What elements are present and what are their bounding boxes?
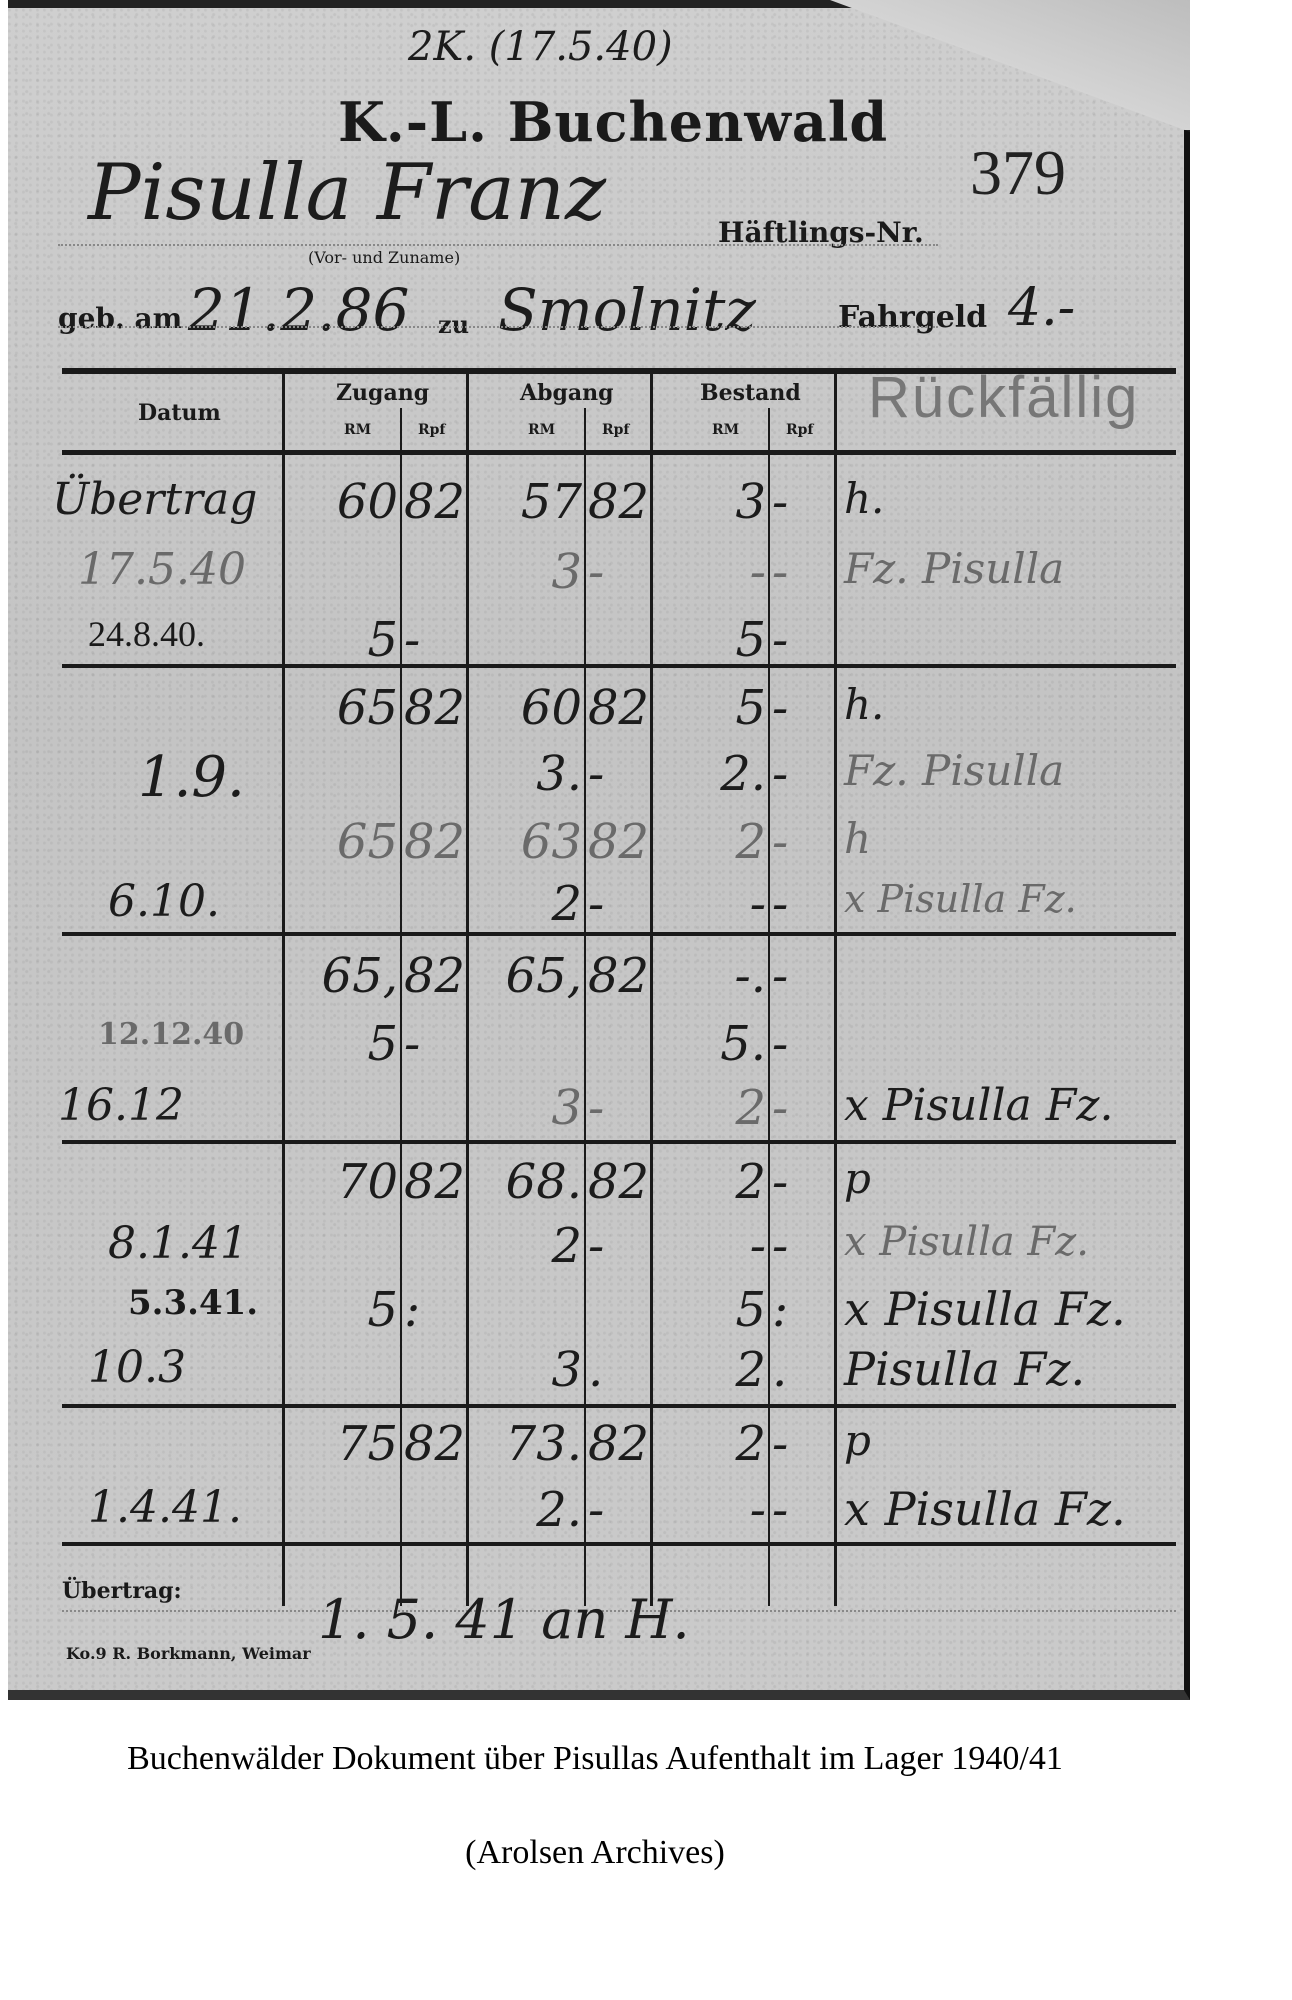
row-date: 1.4.41. xyxy=(88,1486,242,1530)
prisoner-number: 379 xyxy=(970,136,1066,210)
header-out-rm: RM xyxy=(528,422,555,438)
recidivist-stamp: Rückfällig xyxy=(868,364,1139,431)
row-note: x Pisulla Fz. xyxy=(844,1222,1174,1262)
row-note: p xyxy=(844,1420,1164,1462)
row-out-rpf: - xyxy=(588,1222,646,1270)
row-out-rpf: - xyxy=(588,1486,646,1534)
header-date: Datum xyxy=(138,400,221,426)
row-out-rm: 57 xyxy=(472,478,582,526)
fare-value: 4.- xyxy=(1008,278,1075,338)
row-date: 17.5.40 xyxy=(78,548,246,592)
table-row: 1.4.41. 2. - - - x Pisulla Fz. xyxy=(8,1486,1184,1536)
header-bal-rpf: Rpf xyxy=(786,422,813,438)
name-dotted-line xyxy=(58,244,938,246)
row-in-rpf: 82 xyxy=(404,478,462,526)
row-bal-rm: 5 xyxy=(656,684,766,732)
table-row: 8.1.41 2 - - - x Pisulla Fz. xyxy=(8,1222,1184,1272)
header-balance: Bestand xyxy=(700,380,801,406)
row-out-rm: 73. xyxy=(472,1420,582,1468)
table-row: 10.3 3 . 2 . Pisulla Fz. xyxy=(8,1346,1184,1396)
row-bal-rpf: - xyxy=(772,1084,830,1132)
row-in-rpf: - xyxy=(404,1020,462,1068)
section-rule xyxy=(62,1140,1176,1144)
row-in-rpf: : xyxy=(404,1286,462,1334)
row-bal-rm: 5. xyxy=(656,1020,766,1068)
table-row: 6.10. 2 - - - x Pisulla Fz. xyxy=(8,880,1184,930)
row-bal-rpf: - xyxy=(772,684,830,732)
row-note: h. xyxy=(844,478,1164,520)
row-date: 10.3 xyxy=(88,1346,186,1390)
row-out-rm: 2 xyxy=(472,880,582,928)
row-bal-rm: 2 xyxy=(656,1420,766,1468)
row-bal-rm: 2 xyxy=(656,1084,766,1132)
row-in-rm: 5 xyxy=(288,1286,398,1334)
prisoner-name: Pisulla Franz xyxy=(88,148,606,238)
header-bottom-rule xyxy=(62,450,1176,455)
row-out-rm: 3. xyxy=(472,750,582,798)
row-in-rm: 65 xyxy=(288,684,398,732)
row-out-rpf: . xyxy=(588,1346,646,1394)
row-bal-rpf: - xyxy=(772,1222,830,1270)
table-row: 1.9. 3. - 2. - Fz. Pisulla xyxy=(8,750,1184,810)
row-bal-rpf: - xyxy=(772,1158,830,1206)
row-bal-rm: - xyxy=(656,548,766,596)
row-in-rpf: 82 xyxy=(404,684,462,732)
row-in-rpf: 82 xyxy=(404,1158,462,1206)
printer-imprint: Ko.9 R. Borkmann, Weimar xyxy=(66,1644,311,1663)
row-bal-rpf: - xyxy=(772,478,830,526)
table-row: 24.8.40. 5 - 5 - xyxy=(8,616,1184,666)
header-in-rm: RM xyxy=(344,422,371,438)
row-bal-rm: - xyxy=(656,1486,766,1534)
row-date: Übertrag xyxy=(52,478,257,522)
row-out-rpf: - xyxy=(588,750,646,798)
row-in-rm: 75 xyxy=(288,1420,398,1468)
row-in-rpf: - xyxy=(404,616,462,664)
row-bal-rm: 5 xyxy=(656,1286,766,1334)
row-bal-rm: 2 xyxy=(656,818,766,866)
section-rule xyxy=(62,1404,1176,1408)
row-date: 24.8.40. xyxy=(88,616,205,652)
row-bal-rpf: - xyxy=(772,1020,830,1068)
row-bal-rpf: . xyxy=(772,1346,830,1394)
row-bal-rm: 3 xyxy=(656,478,766,526)
row-date: 5.3.41. xyxy=(128,1286,258,1320)
row-note: x Pisulla Fz. xyxy=(844,880,1174,918)
row-in-rpf: 82 xyxy=(404,952,462,1000)
row-in-rm: 5 xyxy=(288,616,398,664)
row-out-rm: 3 xyxy=(472,1084,582,1132)
birth-dotted-line xyxy=(58,326,938,328)
table-row: 5.3.41. 5 : 5 : x Pisulla Fz. xyxy=(8,1286,1184,1336)
row-date: 16.12 xyxy=(58,1084,184,1128)
row-out-rm: 2. xyxy=(472,1486,582,1534)
row-bal-rpf: - xyxy=(772,750,830,798)
row-in-rm: 60 xyxy=(288,478,398,526)
row-bal-rpf: - xyxy=(772,952,830,1000)
row-out-rm: 68. xyxy=(472,1158,582,1206)
row-out-rpf: 82 xyxy=(588,952,646,1000)
header-in: Zugang xyxy=(336,380,429,406)
row-bal-rm: 5 xyxy=(656,616,766,664)
header-bal-rm: RM xyxy=(712,422,739,438)
row-out-rpf: 82 xyxy=(588,1420,646,1468)
caption-source: (Arolsen Archives) xyxy=(0,1834,1190,1872)
row-bal-rpf: - xyxy=(772,880,830,928)
row-out-rm: 2 xyxy=(472,1222,582,1270)
row-out-rpf: - xyxy=(588,1084,646,1132)
header-out: Abgang xyxy=(520,380,613,406)
row-bal-rm: -. xyxy=(656,952,766,1000)
row-date: 8.1.41 xyxy=(108,1222,248,1266)
row-in-rpf: 82 xyxy=(404,818,462,866)
row-bal-rpf: - xyxy=(772,1420,830,1468)
row-in-rm: 65, xyxy=(288,952,398,1000)
row-note: Fz. Pisulla xyxy=(844,750,1174,792)
row-out-rpf: 82 xyxy=(588,684,646,732)
table-row: 16.12 3 - 2 - x Pisulla Fz. xyxy=(8,1084,1184,1134)
row-out-rpf: 82 xyxy=(588,478,646,526)
row-out-rpf: - xyxy=(588,548,646,596)
row-note: x Pisulla Fz. xyxy=(844,1084,1174,1128)
table-row: 12.12.40 5 - 5. - xyxy=(8,1020,1184,1070)
row-note: x Pisulla Fz. xyxy=(844,1286,1174,1332)
row-bal-rm: - xyxy=(656,1222,766,1270)
fare-label: Fahrgeld xyxy=(838,300,987,335)
row-out-rm: 65, xyxy=(472,952,582,1000)
row-bal-rpf: : xyxy=(772,1286,830,1334)
row-bal-rm: 2. xyxy=(656,750,766,798)
table-row: 65, 82 65, 82 -. - xyxy=(8,952,1184,1012)
section-rule xyxy=(62,932,1176,936)
row-bal-rm: 2 xyxy=(656,1158,766,1206)
row-note: x Pisulla Fz. xyxy=(844,1486,1174,1532)
row-bal-rpf: - xyxy=(772,1486,830,1534)
row-out-rpf: 82 xyxy=(588,1158,646,1206)
prisoner-account-card: 2K. (17.5.40) K.-L. Buchenwald 379 Pisul… xyxy=(8,0,1190,1700)
table-row: Übertrag 60 82 57 82 3 - h. xyxy=(8,478,1184,538)
card-title: K.-L. Buchenwald xyxy=(338,90,888,154)
table-row: 65 82 63 82 2 - h xyxy=(8,818,1184,878)
row-note: p xyxy=(844,1158,1164,1200)
row-date: 6.10. xyxy=(108,880,220,924)
row-note: Pisulla Fz. xyxy=(844,1346,1174,1392)
header-out-rpf: Rpf xyxy=(602,422,629,438)
row-date: 12.12.40 xyxy=(98,1020,244,1050)
row-out-rm: 60 xyxy=(472,684,582,732)
row-bal-rpf: - xyxy=(772,616,830,664)
row-date: 1.9. xyxy=(138,750,245,806)
top-note: 2K. (17.5.40) xyxy=(408,24,673,70)
table-row: 75 82 73. 82 2 - p xyxy=(8,1420,1184,1470)
caption-title: Buchenwälder Dokument über Pisullas Aufe… xyxy=(0,1740,1190,1778)
row-in-rm: 70 xyxy=(288,1158,398,1206)
row-note: Fz. Pisulla xyxy=(844,548,1174,590)
row-note: h xyxy=(844,818,1164,860)
row-bal-rm: 2 xyxy=(656,1346,766,1394)
row-note: h. xyxy=(844,684,1164,726)
row-in-rpf: 82 xyxy=(404,1420,462,1468)
table-row: 70 82 68. 82 2 - p xyxy=(8,1158,1184,1208)
birth-place: Smolnitz xyxy=(498,276,756,344)
row-in-rm: 65 xyxy=(288,818,398,866)
section-rule xyxy=(62,1542,1176,1546)
row-out-rpf: - xyxy=(588,880,646,928)
row-in-rm: 5 xyxy=(288,1020,398,1068)
row-out-rm: 63 xyxy=(472,818,582,866)
row-bal-rpf: - xyxy=(772,548,830,596)
carry-forward-label: Übertrag: xyxy=(62,1578,182,1604)
row-bal-rm: - xyxy=(656,880,766,928)
table-row: 17.5.40 3 - - - Fz. Pisulla xyxy=(8,548,1184,608)
row-out-rm: 3 xyxy=(472,548,582,596)
birth-date: 21.2.86 xyxy=(188,276,409,344)
name-label: (Vor- und Zuname) xyxy=(308,248,460,267)
table-row: 65 82 60 82 5 - h. xyxy=(8,684,1184,744)
birth-label: geb. am xyxy=(58,302,182,335)
row-bal-rpf: - xyxy=(772,818,830,866)
header-in-rpf: Rpf xyxy=(418,422,445,438)
bottom-note: 1. 5. 41 an H. xyxy=(318,1588,690,1651)
row-out-rpf: 82 xyxy=(588,818,646,866)
row-out-rm: 3 xyxy=(472,1346,582,1394)
birth-place-label: zu xyxy=(438,310,469,339)
